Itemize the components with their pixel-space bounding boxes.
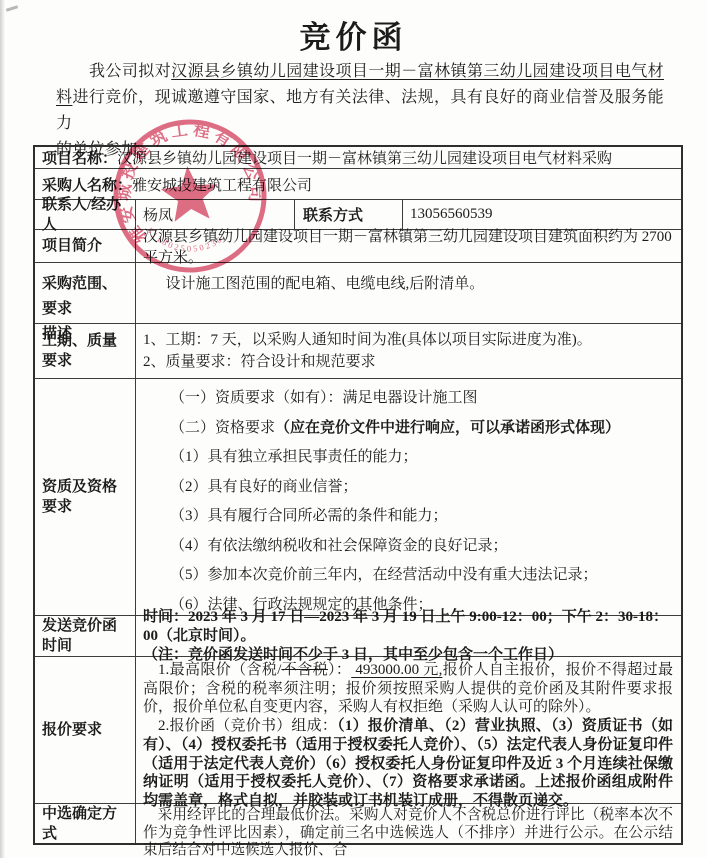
paragraph: （一）资质要求（如有）：满足电器设计施工图 <box>143 384 673 414</box>
bid-info-table: 项目名称：汉源县乡镇幼儿园建设项目一期－富林镇第三幼儿园建设项目电气材料采购 采… <box>33 145 683 845</box>
quotation-requirements-value: 1.最高限价（含税/不含税）： 493000.00 元,报价人自主报价，报价不得… <box>135 657 681 803</box>
paragraph: （1）具有独立承担民事责任的能力； <box>143 443 673 473</box>
table-row-purchaser-name: 采购人名称：雅安城投建筑工程有限公司 <box>35 168 681 199</box>
table-row-send-time: 发送竞价函时间 时间：2023 年 3 月 17 日—2023 年 3 月 19… <box>35 615 681 656</box>
table-row-selection-method: 中选确定方式 采用经评比的合理最低价法。采购人对竞价人不含税总价进行评比（税率本… <box>35 803 681 843</box>
paragraph: （4）有依法缴纳税收和社会保障资金的良好记录； <box>143 532 673 562</box>
table-row-project-brief: 项目简介 汉源县乡镇幼儿园建设项目一期－富林镇第三幼儿园建设项目建筑面积约为 2… <box>35 229 681 262</box>
paragraph: 料进行竞价，现诚邀遵守国家、地方有关法律、法规，具有良好的商业信誉及服务能力 <box>56 85 664 137</box>
project-brief-value: 汉源县乡镇幼儿园建设项目一期－富林镇第三幼儿园建设项目建筑面积约为 2700 平… <box>135 230 681 262</box>
scope-value: 设计施工图范围的配电箱、电缆电线,后附清单。 <box>135 263 681 323</box>
paragraph: 采用经评比的合理最低价法。采购人对竞价人不含税总价进行评比（税率本次不作为竞争性… <box>143 807 673 858</box>
schedule-quality-value: 1、工期：7 天，以采购人通知时间为准(具体以项目实际进度为准)。2、质量要求：… <box>135 324 681 378</box>
purchaser-name-value: 雅安城投建筑工程有限公司 <box>132 174 312 195</box>
table-row-project-name: 项目名称：汉源县乡镇幼儿园建设项目一期－富林镇第三幼儿园建设项目电气材料采购 <box>35 147 681 168</box>
paragraph: 2、质量要求：符合设计和规范要求 <box>143 351 673 373</box>
purchaser-name-cell: 采购人名称：雅安城投建筑工程有限公司 <box>35 169 681 199</box>
paragraph: （二）资格要求（应在竞价文件中进行响应，可以承诺函形式体现） <box>143 414 673 444</box>
paragraph: 时间：2023 年 3 月 17 日—2023 年 3 月 19 日上午 9:0… <box>143 608 673 646</box>
table-row-quotation-requirements: 报价要求 1.最高限价（含税/不含税）： 493000.00 元,报价人自主报价… <box>35 656 681 803</box>
paragraph: （3）具有履行合同所必需的条件和能力； <box>143 502 673 532</box>
table-row-qualifications: 资质及资格要求 （一）资质要求（如有）：满足电器设计施工图（二）资格要求（应在竞… <box>35 378 681 615</box>
table-row-scope: 采购范围、要求 描述 设计施工图范围的配电箱、电缆电线,后附清单。 <box>35 262 681 323</box>
quotation-requirements-label: 报价要求 <box>35 657 135 803</box>
project-name-value: 汉源县乡镇幼儿园建设项目一期－富林镇第三幼儿园建设项目电气材料采购 <box>117 147 612 168</box>
qualifications-label: 资质及资格要求 <box>35 379 135 615</box>
purchaser-name-label: 采购人名称： <box>42 174 132 195</box>
paragraph: 设计施工图范围的配电箱、电缆电线,后附清单。 <box>143 272 673 297</box>
paragraph: 1.最高限价（含税/不含税）： 493000.00 元,报价人自主报价，报价不得… <box>143 661 673 717</box>
selection-method-value: 采用经评比的合理最低价法。采购人对竞价人不含税总价进行评比（税率本次不作为竞争性… <box>135 804 681 843</box>
project-brief-label: 项目简介 <box>35 230 135 262</box>
paragraph: 1、工期：7 天，以采购人通知时间为准(具体以项目实际进度为准)。 <box>143 329 673 351</box>
schedule-quality-label: 工期、质量要求 <box>35 324 135 378</box>
send-time-value: 时间：2023 年 3 月 17 日—2023 年 3 月 19 日上午 9:0… <box>135 616 681 656</box>
table-row-schedule-quality: 工期、质量要求 1、工期：7 天，以采购人通知时间为准(具体以项目实际进度为准)… <box>35 323 681 378</box>
scan-corner-artifact <box>6 5 18 12</box>
paragraph: 我公司拟对汉源县乡镇幼儿园建设项目一期－富林镇第三幼儿园建设项目电气材 <box>56 59 664 85</box>
project-name-label: 项目名称： <box>42 147 117 168</box>
contact-person-label: 联系人/经办人 <box>35 200 135 229</box>
document-page: { "title": "竞价函", "intro": { "lines": [ … <box>0 0 707 858</box>
selection-method-label: 中选确定方式 <box>35 804 135 843</box>
paragraph: （2）具有良好的商业信誉； <box>143 473 673 503</box>
scope-label-line1: 采购范围、要求 <box>42 272 131 322</box>
paragraph: 汉源县乡镇幼儿园建设项目一期－富林镇第三幼儿园建设项目建筑面积约为 2700 平… <box>143 225 673 267</box>
paragraph: 2.报价函（竞价书）组成：（1）报价清单、（2）营业执照、（3）资质证书（如有）… <box>143 717 673 811</box>
scan-edge-artifact <box>0 0 5 858</box>
project-name-cell: 项目名称：汉源县乡镇幼儿园建设项目一期－富林镇第三幼儿园建设项目电气材料采购 <box>35 147 681 168</box>
paragraph: （5）参加本次竞价前三年内，在经营活动中没有重大违法记录； <box>143 561 673 591</box>
qualifications-value: （一）资质要求（如有）：满足电器设计施工图（二）资格要求（应在竞价文件中进行响应… <box>135 379 681 615</box>
scope-label: 采购范围、要求 描述 <box>35 263 135 323</box>
document-title: 竞价函 <box>0 12 707 57</box>
send-time-label: 发送竞价函时间 <box>35 616 135 656</box>
